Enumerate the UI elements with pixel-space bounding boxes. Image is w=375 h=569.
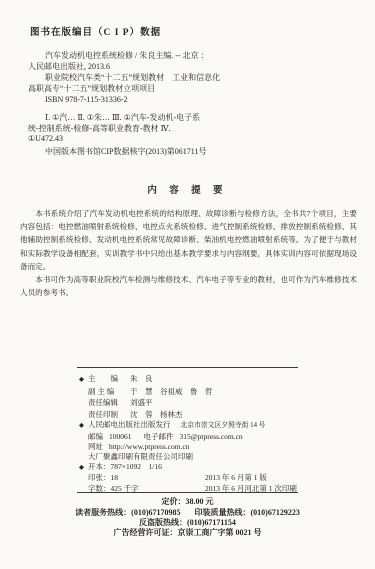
- format-row: 字数： 425 千字 2013 年 6 月河北第 1 次印刷: [77, 484, 298, 494]
- isbn-line: ISBN 978-7-115-31336-2: [28, 94, 278, 105]
- quality-hotline: 印装质量热线：(010)67129223: [195, 508, 300, 517]
- staff-role-label: 副 主 编: [88, 386, 128, 398]
- cip-classification-line: ①U472.43: [28, 134, 278, 145]
- staff-names: 于 慧 谷祖威 鲁 哲: [130, 386, 213, 398]
- summary-body: 本书系统介绍了汽车发动机电控系统的结构原理、故障诊断与检修方法，全书共7个项目，…: [20, 207, 357, 299]
- staff-names: 朱 良: [130, 373, 153, 385]
- summary-paragraph: 本书系统介绍了汽车发动机电控系统的结构原理、故障诊断与检修方法，全书共7个项目，…: [20, 207, 357, 273]
- format-row: 印张： 18 2013 年 6 月第 1 版: [77, 473, 298, 483]
- publisher-address: 北京市崇文区夕照寺街 14 号: [181, 421, 266, 431]
- printer-name: 大厂聚鑫印刷有限责任公司印刷: [88, 452, 193, 462]
- printing-date: 2013 年 6 月河北第 1 次印刷: [205, 484, 297, 494]
- price-line: 定价：38.00 元: [0, 497, 375, 507]
- format-words-value: 425 千字: [111, 484, 139, 494]
- format-row: ◆ 开本： 787×1092 1/16: [77, 462, 298, 473]
- summary-heading: 内 容 提 要: [0, 182, 375, 196]
- staff-names: 刘盛平: [130, 397, 153, 409]
- cip-record-line: 汽车发动机电控系统检修 / 朱良主编. -- 北京 ：: [28, 50, 278, 61]
- printer-row: 大厂聚鑫印刷有限责任公司印刷: [77, 452, 298, 462]
- format-sheets-label: 印张：: [88, 473, 111, 483]
- staff-role-label: 责任编辑: [88, 397, 128, 409]
- cip-classification-block: Ⅰ. ①汽… Ⅱ. ①朱… Ⅲ. ①汽车-发动机-电子系 统-控制系统-检修-高…: [28, 113, 278, 145]
- contact-row: 邮编 100061 电子邮件 315@ptpress.com.cn: [77, 432, 298, 442]
- cip-classification-line: Ⅰ. ①汽… Ⅱ. ①朱… Ⅲ. ①汽车-发动机-电子系: [28, 113, 278, 124]
- diamond-bullet-icon: ◆: [79, 374, 88, 386]
- format-sheets: 印张： 18: [88, 473, 205, 483]
- edition-date: 2013 年 6 月第 1 版: [205, 473, 267, 483]
- format-words: 字数： 425 千字: [88, 484, 205, 494]
- cip-classification-line: 统-控制系统-检修-高等职业教育-教材 Ⅳ.: [28, 124, 278, 135]
- copyright-page: 图书在版编目（C I P）数据 汽车发动机电控系统检修 / 朱良主编. -- 北…: [0, 0, 375, 569]
- email-value: 315@ptpress.com.cn: [180, 432, 243, 442]
- format-words-label: 字数：: [88, 484, 111, 494]
- postcode-label: 邮编: [88, 432, 103, 442]
- colophon-box: ◆ 主 编 朱 良 副 主 编 于 慧 谷祖威 鲁 哲 责任编辑 刘盛平 责任印…: [77, 367, 298, 493]
- website-label: 网址: [88, 442, 103, 452]
- staff-row: 副 主 编 于 慧 谷祖威 鲁 哲: [77, 386, 298, 398]
- format-size-label: 开本：: [88, 462, 111, 472]
- service-hotline: 读者服务热线：(010)67170985: [75, 508, 180, 517]
- cip-record-block: 汽车发动机电控系统检修 / 朱良主编. -- 北京 ： 人民邮电出版社, 201…: [28, 50, 278, 105]
- cip-record-line: 高职高专“十二五”规划教材立项项目: [28, 83, 278, 94]
- cip-record-line: 人民邮电出版社, 2013.6: [28, 61, 278, 72]
- email-label: 电子邮件: [144, 432, 174, 442]
- staff-row: ◆ 主 编 朱 良: [77, 373, 298, 386]
- publisher-name: 人民邮电出版社出版发行: [88, 420, 171, 430]
- ad-license: 广告经营许可证：京崇工商广字第 0021 号: [0, 528, 375, 538]
- staff-row: 责任编辑 刘盛平: [77, 397, 298, 409]
- summary-paragraph: 本书可作为高等职业院校汽车检测与维修技术、汽车电子等专业的教材，也可作为汽车维修…: [20, 273, 357, 299]
- staff-names: 沈 蓉 杨林杰: [130, 409, 183, 421]
- diamond-bullet-icon: ◆: [79, 463, 88, 473]
- website-value: http://www.ptpress.com.cn: [109, 442, 190, 452]
- format-sheets-value: 18: [111, 473, 119, 483]
- antipiracy-hotline: 反盗版热线：(010)67171154: [0, 518, 375, 528]
- staff-row: 责任印制 沈 蓉 杨林杰: [77, 409, 298, 421]
- website-row: 网址 http://www.ptpress.com.cn: [77, 442, 298, 452]
- format-size-value: 787×1092 1/16: [111, 462, 162, 472]
- cip-title: 图书在版编目（C I P）数据: [30, 24, 161, 38]
- staff-role-label: 责任印制: [88, 409, 128, 421]
- hotline-row: 读者服务热线：(010)67170985印装质量热线：(010)67129223: [0, 508, 375, 518]
- postcode-value: 100061: [109, 432, 132, 442]
- diamond-bullet-icon: ◆: [79, 421, 88, 431]
- cip-record-line: 职业院校汽车类“十二五”规划教材 工业和信息化: [28, 72, 278, 83]
- staff-role-label: 主 编: [88, 373, 128, 385]
- publisher-row: ◆ 人民邮电出版社出版发行 北京市崇文区夕照寺街 14 号: [77, 420, 298, 431]
- cip-registration-number: 中国版本图书馆CIP数据核字(2013)第061711号: [45, 146, 206, 157]
